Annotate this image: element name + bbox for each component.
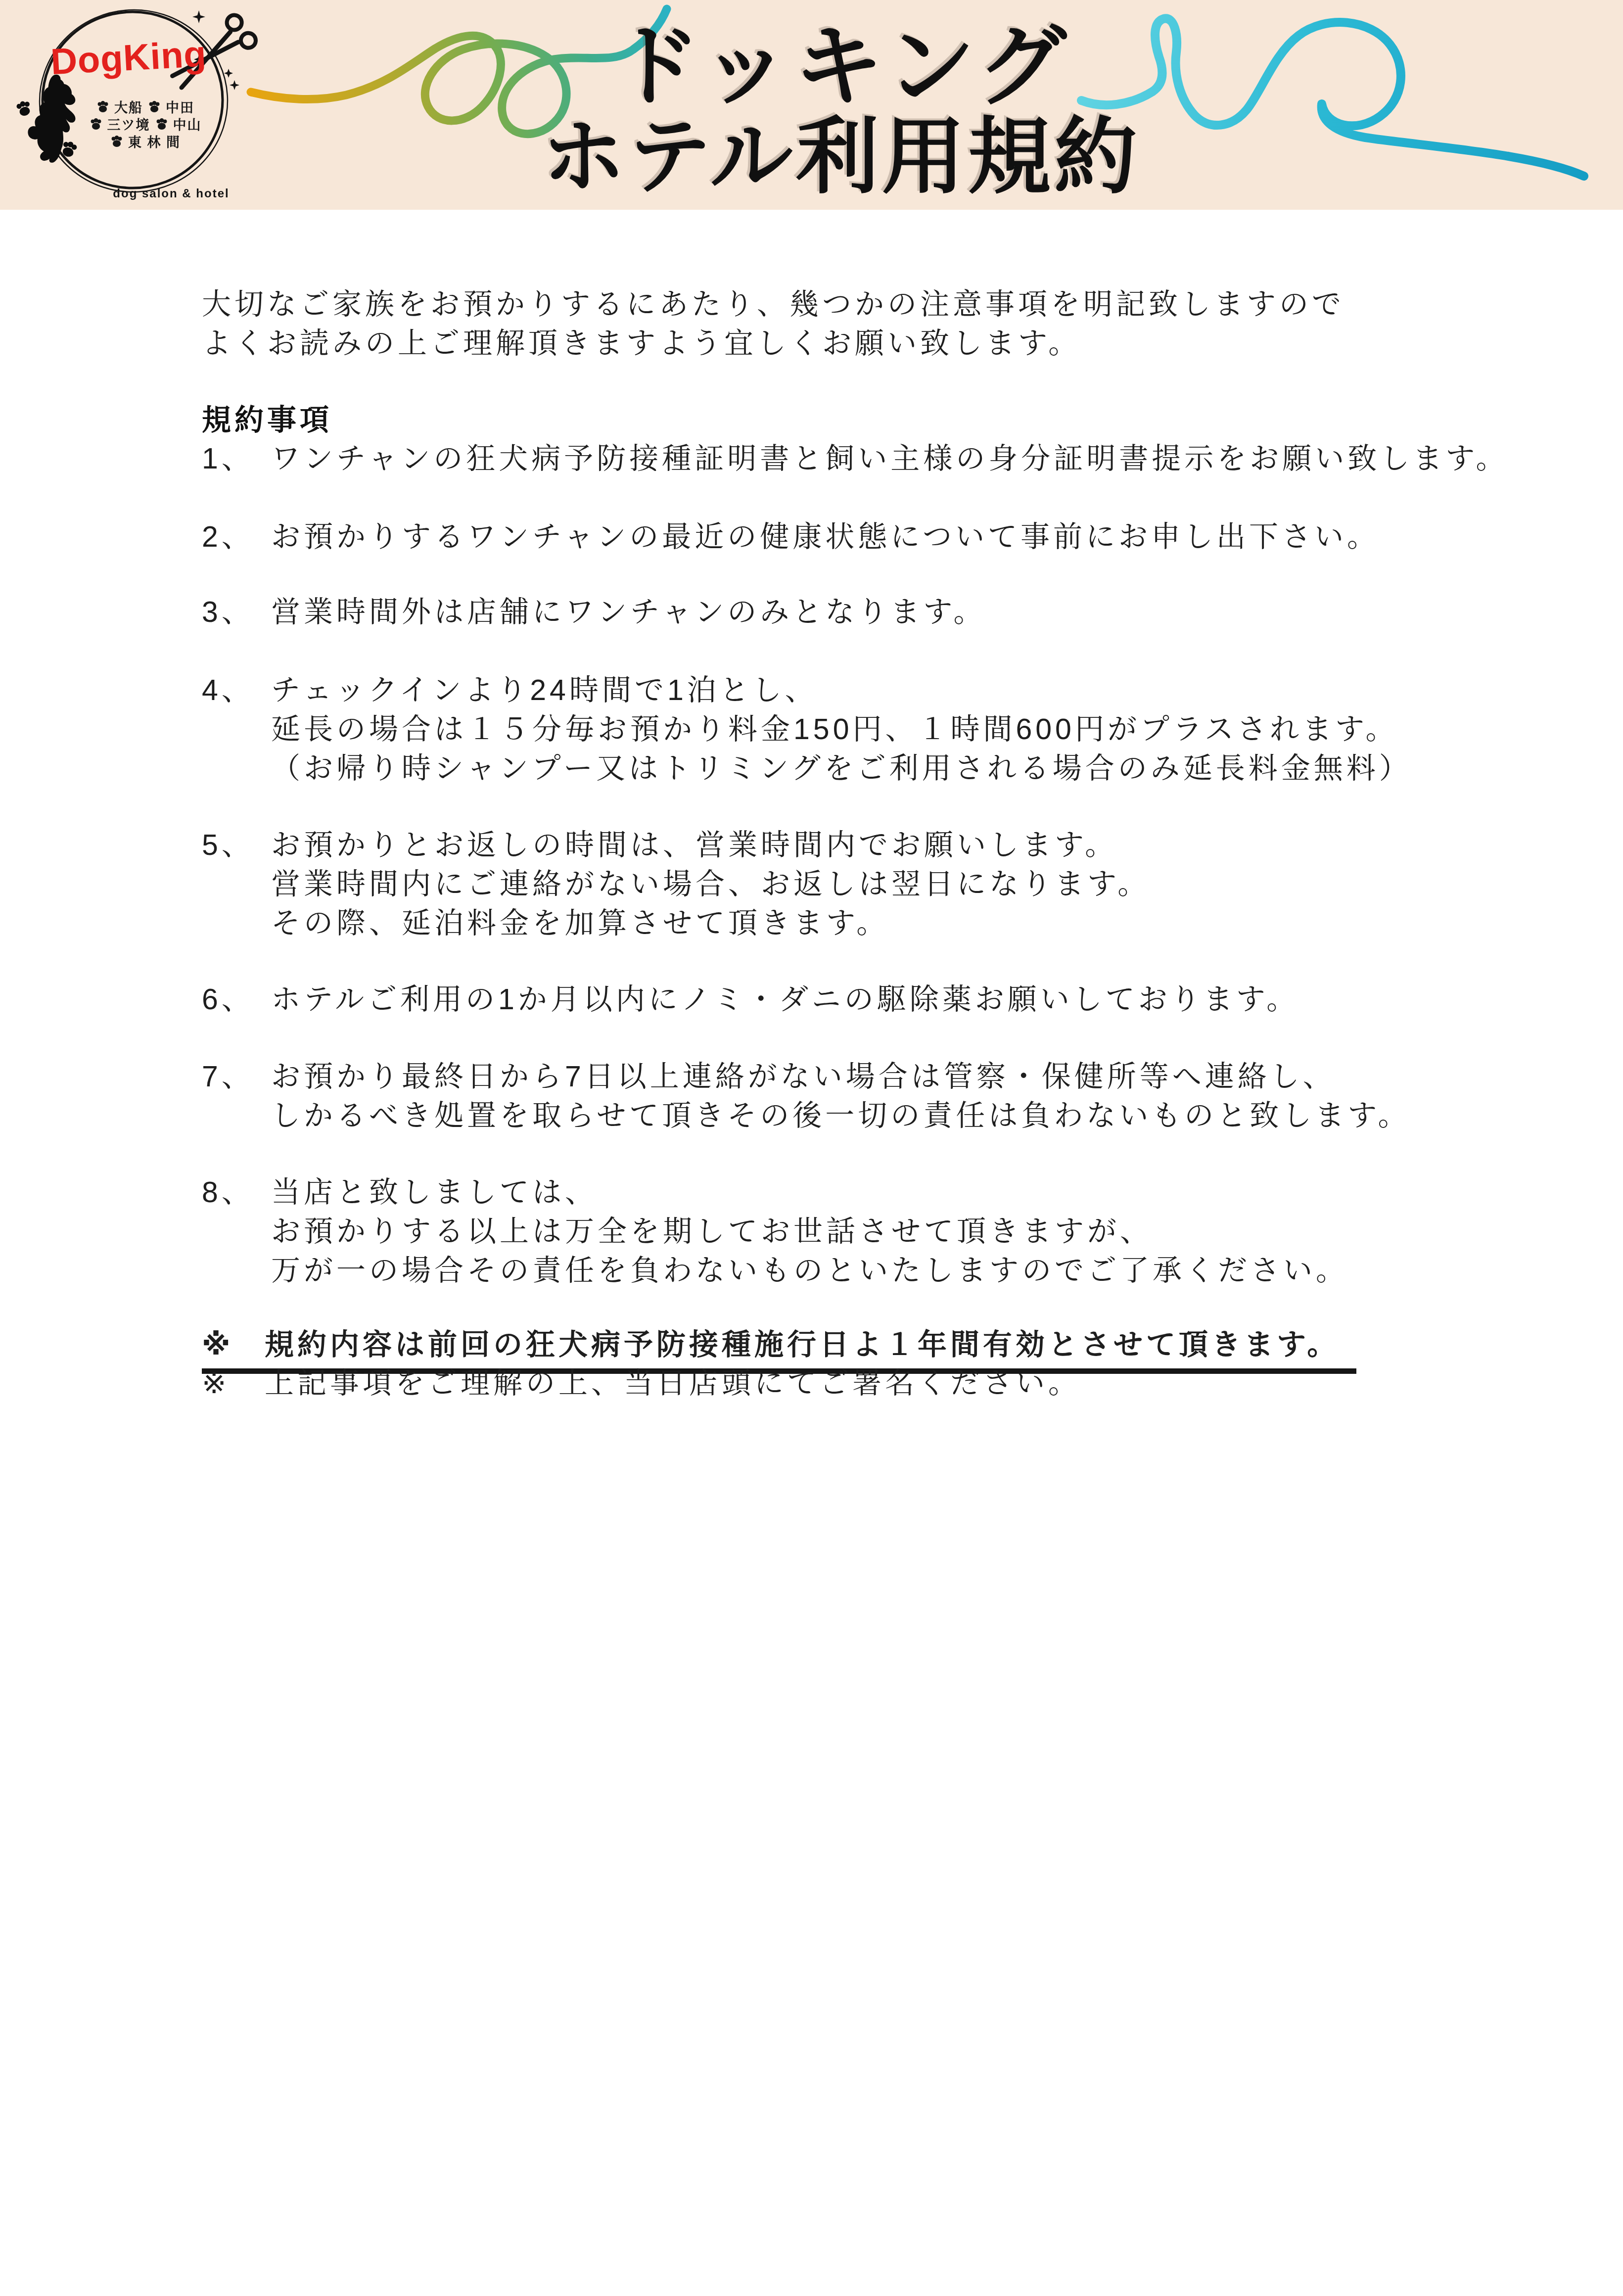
page-title: ドッキング ホテル利用規約 <box>534 20 1148 202</box>
paw-print-icon <box>96 100 109 113</box>
term-item-1: 1、 ワンチャンの狂犬病予防接種証明書と飼い主様の身分証明書提示をお願い致します… <box>202 439 1509 478</box>
note-text: 規約内容は前回の狂犬病予防接種施行日よ１年間有効とさせて頂きます。 <box>265 1328 1340 1361</box>
note-marker: ※ <box>202 1364 265 1403</box>
paw-print-icon <box>16 99 33 117</box>
location-label: 東 林 間 <box>128 132 181 151</box>
term-item-3: 3、 営業時間外は店舗にワンチャンのみとなります。 <box>202 593 986 632</box>
right-squiggle <box>1081 18 1584 176</box>
term-item-5: 5、 お預かりとお返しの時間は、営業時間内でお願いします。 営業時間内にご連絡が… <box>202 826 1150 943</box>
paw-print-icon <box>148 100 161 113</box>
logo-location-line: 東 林 間 <box>78 133 213 150</box>
item-line: しかるべき処置を取らせて頂きその後一切の責任は負わないものと致します。 <box>271 1096 1411 1135</box>
location-label: 三ツ境 <box>107 114 150 134</box>
paw-print-icon <box>110 135 123 148</box>
term-item-4: 4、 チェックインより24時間で1泊とし、 延長の場合は１５分毎お預かり料金15… <box>202 671 1412 788</box>
note-marker: ※ <box>202 1325 265 1364</box>
sparkle-icon <box>230 80 239 90</box>
item-line: 営業時間外は店舗にワンチャンのみとなります。 <box>271 593 986 632</box>
item-number: 2、 <box>202 517 254 557</box>
item-line: お預かりするワンチャンの最近の健康状態について事前にお申し出下さい。 <box>271 517 1380 557</box>
item-line: チェックインより24時間で1泊とし、 <box>271 671 1412 710</box>
item-line: 万が一の場合その責任を負わないものといたしますのでご了承ください。 <box>271 1251 1348 1290</box>
page-title-line1: ドッキング <box>534 20 1148 114</box>
item-line: ワンチャンの狂犬病予防接種証明書と飼い主様の身分証明書提示をお願い致します。 <box>271 439 1509 478</box>
note-signature: ※上記事項をご理解の上、当日店頭にてご署名ください。 <box>202 1364 1081 1403</box>
item-number: 1、 <box>202 439 254 478</box>
intro-paragraph: 大切なご家族をお預かりするにあたり、幾つかの注意事項を明記致しますので よくお読… <box>202 285 1345 363</box>
logo: DogKing 大船 中田 三ツ境 中山 東 林 間 <box>15 4 282 208</box>
paw-print-icon <box>90 118 102 131</box>
item-line: お預かり最終日から7日以上連絡がない場合は管察・保健所等へ連絡し、 <box>271 1057 1411 1096</box>
item-line: お預かりする以上は万全を期してお世話させて頂きますが、 <box>271 1212 1348 1251</box>
item-number: 6、 <box>202 980 254 1019</box>
item-line: （お帰り時シャンプー又はトリミングをご利用される場合のみ延長料金無料） <box>271 749 1412 788</box>
item-line: 延長の場合は１５分毎お預かり料金150円、１時間600円がプラスされます。 <box>271 710 1412 749</box>
location-label: 大船 <box>114 97 143 116</box>
term-item-7: 7、 お預かり最終日から7日以上連絡がない場合は管察・保健所等へ連絡し、 しかる… <box>202 1057 1411 1135</box>
logo-tagline: dog salon & hotel <box>98 187 244 201</box>
page-title-line2: ホテル利用規約 <box>534 112 1148 202</box>
intro-line: 大切なご家族をお預かりするにあたり、幾つかの注意事項を明記致しますので <box>202 285 1345 324</box>
page: DogKing 大船 中田 三ツ境 中山 東 林 間 <box>0 0 1623 2296</box>
location-label: 中山 <box>173 114 202 134</box>
intro-line: よくお読みの上ご理解頂きますよう宜しくお願い致します。 <box>202 324 1345 363</box>
sparkle-icon <box>192 10 205 23</box>
item-number: 7、 <box>202 1057 254 1096</box>
sparkle-icon <box>224 69 233 78</box>
section-heading: 規約事項 <box>202 401 332 440</box>
item-number: 5、 <box>202 826 254 865</box>
item-number: 4、 <box>202 671 254 710</box>
item-line: 営業時間内にご連絡がない場合、お返しは翌日になります。 <box>271 865 1150 904</box>
term-item-8: 8、 当店と致しましては、 お預かりする以上は万全を期してお世話させて頂きますが… <box>202 1173 1348 1290</box>
logo-locations: 大船 中田 三ツ境 中山 東 林 間 <box>78 98 213 150</box>
item-number: 3、 <box>202 593 254 632</box>
term-item-2: 2、 お預かりするワンチャンの最近の健康状態について事前にお申し出下さい。 <box>202 517 1380 557</box>
logo-location-line: 三ツ境 中山 <box>78 115 213 133</box>
header-band: DogKing 大船 中田 三ツ境 中山 東 林 間 <box>0 0 1623 210</box>
item-line: お預かりとお返しの時間は、営業時間内でお願いします。 <box>271 826 1150 865</box>
item-number: 8、 <box>202 1173 254 1212</box>
item-line: その際、延泊料金を加算させて頂きます。 <box>271 904 1150 943</box>
logo-location-line: 大船 中田 <box>78 98 213 115</box>
item-line: 当店と致しましては、 <box>271 1173 1348 1212</box>
location-label: 中田 <box>166 97 194 116</box>
term-item-6: 6、 ホテルご利用の1か月以内にノミ・ダニの駆除薬お願いしております。 <box>202 980 1299 1019</box>
item-line: ホテルご利用の1か月以内にノミ・ダニの駆除薬お願いしております。 <box>271 980 1299 1019</box>
paw-print-icon <box>155 118 168 131</box>
note-text: 上記事項をご理解の上、当日店頭にてご署名ください。 <box>265 1367 1081 1400</box>
